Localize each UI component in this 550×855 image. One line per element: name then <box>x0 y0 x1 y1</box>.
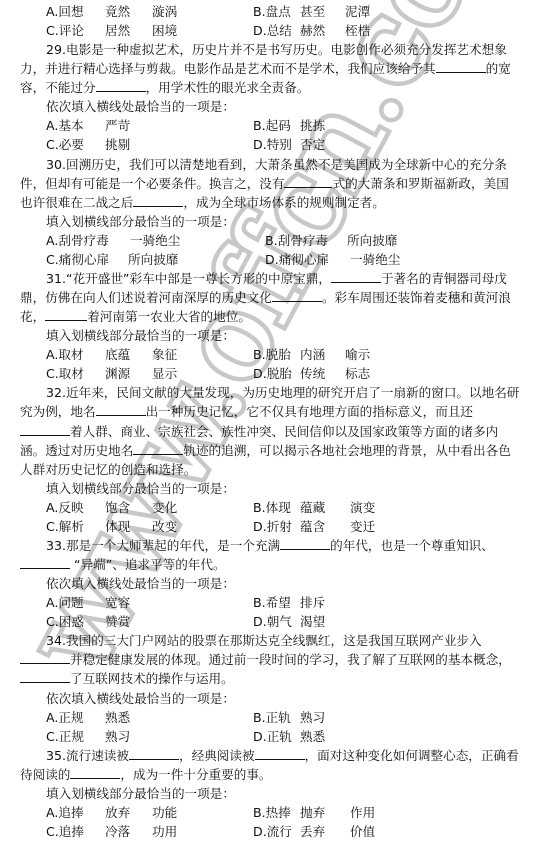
paragraph-line: 力，并进行精心选择与剪裁。电影作品是艺术而不是学术，我们应该给予其的宽 <box>20 59 511 78</box>
paragraph-line: 了互联网技术的操作与运用。 <box>20 669 234 688</box>
option-row: C.追捧冷落功用D.流行丢弃价值 <box>0 822 550 841</box>
paragraph-line: 究为例，地名出一种历史记忆，它不仅具有地理方面的指标意义，而且还 <box>20 402 473 421</box>
paragraph-line-indented: 填入划横线部分最恰当的一项是： <box>46 784 235 803</box>
text-segment: 填入划横线部分最恰当的一项是： <box>46 328 235 343</box>
option-text: C.困惑 <box>46 612 84 631</box>
text-segment: ，成为全球市场体系的规则制定者。 <box>183 195 385 210</box>
option-text: 变迁 <box>350 517 375 536</box>
option-text: 否定 <box>300 135 325 154</box>
paragraph-line: “异端”、追求平等的年代。 <box>20 555 226 574</box>
text-segment: ，用学术性的眼光求全责备。 <box>146 80 310 95</box>
paragraph-line: 容，不能过分，用学术性的眼光求全责备。 <box>20 78 309 97</box>
option-text: 抛弃 <box>300 803 325 822</box>
fill-in-blank <box>284 174 332 188</box>
text-segment: 了互联网技术的操作与运用。 <box>70 671 234 686</box>
text-segment: 花， <box>20 309 45 324</box>
paragraph-line: 涵。透过对历史地名轨迹的追溯，可以揭示各地社会地理的背景，从中看出各色 <box>20 441 511 460</box>
text-segment: 的宽 <box>486 61 511 76</box>
option-text: D.正轨 <box>253 727 292 746</box>
paragraph-line-indented: 依次填入横线处最恰当的一项是： <box>46 689 235 708</box>
option-row: A.刮骨疗毒一骑绝尘B.刮骨疗毒所向披靡 <box>0 231 550 250</box>
text-segment: 轨迹的追溯，可以揭示各地社会地理的背景，从中看出各色 <box>183 443 510 458</box>
text-segment: 35.流行速读被 <box>46 748 129 763</box>
option-text: 改变 <box>152 517 177 536</box>
fill-in-blank <box>70 765 120 779</box>
option-text: 价值 <box>350 822 375 841</box>
option-text: 熟悉 <box>105 708 130 727</box>
text-segment: ，面对这种变化如何调整心态，正确看 <box>305 748 519 763</box>
text-segment: 的年代，也是一个尊重知识、 <box>330 538 494 553</box>
option-text: 泥潭 <box>345 2 370 21</box>
option-text: D.脱胎 <box>253 364 292 383</box>
option-text: B.脱胎 <box>253 345 291 364</box>
text-segment: 填入划横线部分最恰当的一项是： <box>46 786 235 801</box>
option-text: C.必要 <box>46 135 84 154</box>
option-text: 蕴藏 <box>300 498 325 517</box>
option-text: 体现 <box>105 517 130 536</box>
paragraph-line: 鼎，仿佛在向人们述说着河南深厚的历史文化。彩车周围还装饰着麦穗和黄河浪 <box>20 288 511 307</box>
text-segment: “异端”、追求平等的年代。 <box>70 557 226 572</box>
text-segment: 依次填入横线处最恰当的一项是： <box>46 99 235 114</box>
option-text: 一骑绝尘 <box>350 250 400 269</box>
option-text: D.折射 <box>253 517 292 536</box>
option-text: C.评论 <box>46 21 84 40</box>
option-row: C.解析体现改变D.折射蕴含变迁 <box>0 517 550 536</box>
fill-in-blank <box>20 422 70 436</box>
fill-in-blank <box>133 193 183 207</box>
option-text: 严苛 <box>105 116 130 135</box>
text-segment: 33.那是一个大师辈起的年代，是一个充满 <box>46 538 280 553</box>
option-text: 所向披靡 <box>347 231 397 250</box>
text-segment: 。彩车周围还装饰着麦穗和黄河浪 <box>322 290 511 305</box>
text-segment: 着河南第一农业大省的地位。 <box>87 309 251 324</box>
text-segment: 并稳定健康发展的体现。通过前一段时间的学习，我了解了互联网的基本概念， <box>70 652 511 667</box>
option-text: 渴望 <box>300 612 325 631</box>
option-text: A.基本 <box>46 116 84 135</box>
option-text: D.痛彻心扉 <box>265 250 329 269</box>
fill-in-blank <box>129 746 179 760</box>
option-text: D.流行 <box>253 822 292 841</box>
text-segment: 31.“花开盛世”彩车中部是一尊长方形的中原宝鼎， <box>46 271 331 286</box>
option-text: 熟习 <box>105 727 130 746</box>
paragraph-line: 人群对历史记忆的创造和选择。 <box>20 460 196 479</box>
text-segment: 填入划横线部分最恰当的一项是： <box>46 481 235 496</box>
option-text: 显示 <box>152 364 177 383</box>
option-text: 底蕴 <box>105 345 130 364</box>
option-row: C.评论居然困境D.总结赫然桎梏 <box>0 21 550 40</box>
text-segment: 容，不能过分 <box>20 80 96 95</box>
paragraph-line-indented: 填入划横线部分最恰当的一项是： <box>46 479 235 498</box>
option-text: 排斥 <box>300 593 325 612</box>
option-text: D.总结 <box>253 21 292 40</box>
option-row: A.基本严苛B.起码挑拣 <box>0 116 550 135</box>
option-text: 甚至 <box>300 2 325 21</box>
text-segment: 待阅读的 <box>20 767 70 782</box>
option-row: C.痛彻心扉所向披靡D.痛彻心扉一骑绝尘 <box>0 250 550 269</box>
fill-in-blank <box>255 746 305 760</box>
paragraph-line-indented: 35.流行速读被，经典阅读被，面对这种变化如何调整心态，正确看 <box>46 746 519 765</box>
paragraph-line-indented: 33.那是一个大师辈起的年代，是一个充满的年代，也是一个尊重知识、 <box>46 536 494 555</box>
option-text: 挑拣 <box>300 116 325 135</box>
option-text: B.正轨 <box>253 708 291 727</box>
text-segment: ，经典阅读被 <box>179 748 255 763</box>
text-segment: 式的大萧条和罗斯福新政，美国 <box>332 176 508 191</box>
option-row: C.困惑赞赏D.朝气渴望 <box>0 612 550 631</box>
fill-in-blank <box>272 288 322 302</box>
paragraph-line-indented: 29.电影是一种虚拟艺术，历史片并不是书写历史。电影创作必须充分发挥艺术想象 <box>46 40 507 59</box>
paragraph-line: 件，但却有可能是一个必要条件。换言之，没有式的大萧条和罗斯福新政，美国 <box>20 174 509 193</box>
option-text: 传统 <box>300 364 325 383</box>
option-text: 赫然 <box>300 21 325 40</box>
option-text: A.反映 <box>46 498 84 517</box>
text-segment: 依次填入横线处最恰当的一项是： <box>46 691 235 706</box>
option-text: B.盘点 <box>253 2 291 21</box>
option-text: B.起码 <box>253 116 291 135</box>
text-segment: 30.回溯历史，我们可以清楚地看到，大萧条虽然不是美国成为全球新中心的充分条 <box>46 157 507 172</box>
text-segment: 34.我国的三大门户网站的股票在那斯达克全线飘红，这是我国互联网产业步入 <box>46 633 482 648</box>
paragraph-line-indented: 34.我国的三大门户网站的股票在那斯达克全线飘红，这是我国互联网产业步入 <box>46 631 482 650</box>
option-text: B.体现 <box>253 498 291 517</box>
paragraph-line: 并稳定健康发展的体现。通过前一段时间的学习，我了解了互联网的基本概念， <box>20 650 511 669</box>
option-row: A.反映饱含变化B.体现蕴藏演变 <box>0 498 550 517</box>
paragraph-line-indented: 32.近年来，民间文献的大量发现，为历史地理的研究开启了一扇新的窗口。以地名研 <box>46 383 519 402</box>
paragraph-line: 花，着河南第一农业大省的地位。 <box>20 307 251 326</box>
option-text: 熟悉 <box>300 727 325 746</box>
option-text: 渊源 <box>105 364 130 383</box>
text-segment: 力，并进行精心选择与剪裁。电影作品是艺术而不是学术，我们应该给予其 <box>20 61 436 76</box>
fill-in-blank <box>20 650 70 664</box>
fill-in-blank <box>331 269 381 283</box>
paragraph-line-indented: 31.“花开盛世”彩车中部是一尊长方形的中原宝鼎，于著名的青铜器司母戊 <box>46 269 507 288</box>
option-text: 喻示 <box>345 345 370 364</box>
text-segment: 鼎，仿佛在向人们述说着河南深厚的历史文化 <box>20 290 272 305</box>
option-text: 挑剔 <box>105 135 130 154</box>
option-text: 内涵 <box>300 345 325 364</box>
option-text: 变化 <box>152 498 177 517</box>
option-text: 功能 <box>152 803 177 822</box>
option-text: B.热捧 <box>253 803 291 822</box>
option-text: 饱含 <box>105 498 130 517</box>
text-segment: 人群对历史记忆的创造和选择。 <box>20 462 196 477</box>
option-text: A.问题 <box>46 593 84 612</box>
paragraph-line: 也许很难在二战之后，成为全球市场体系的规则制定者。 <box>20 193 385 212</box>
text-segment: 于著名的青铜器司母戊 <box>381 271 507 286</box>
option-row: A.追捧放弃功能B.热捧抛弃作用 <box>0 803 550 822</box>
option-text: B.刮骨疗毒 <box>265 231 328 250</box>
option-text: A.正规 <box>46 708 84 727</box>
option-row: C.正规熟习D.正轨熟悉 <box>0 727 550 746</box>
text-segment: 件，但却有可能是一个必要条件。换言之，没有 <box>20 176 284 191</box>
option-text: A.追捧 <box>46 803 84 822</box>
option-text: 一骑绝尘 <box>130 231 180 250</box>
option-text: C.正规 <box>46 727 84 746</box>
text-segment: 32.近年来，民间文献的大量发现，为历史地理的研究开启了一扇新的窗口。以地名研 <box>46 385 519 400</box>
option-text: C.追捧 <box>46 822 84 841</box>
paragraph-line-indented: 填入划横线部分最恰当的一项是： <box>46 326 235 345</box>
option-text: 冷落 <box>105 822 130 841</box>
option-row: C.必要挑剔D.特别否定 <box>0 135 550 154</box>
option-text: 演变 <box>350 498 375 517</box>
option-text: 放弃 <box>105 803 130 822</box>
option-text: A.回想 <box>46 2 84 21</box>
option-text: 功用 <box>152 822 177 841</box>
paragraph-line: 待阅读的，成为一件十分重要的事。 <box>20 765 272 784</box>
text-segment: 涵。透过对历史地名 <box>20 443 133 458</box>
option-text: D.特别 <box>253 135 292 154</box>
paragraph-line-indented: 依次填入横线处最恰当的一项是： <box>46 97 235 116</box>
option-text: 蕴含 <box>300 517 325 536</box>
text-segment: 究为例，地名 <box>20 404 96 419</box>
text-segment: 着人群、商业、宗族社会、族性冲突、民间信仰以及国家政策等方面的诸多内 <box>70 424 498 439</box>
option-text: 熟习 <box>300 708 325 727</box>
option-text: 桎梏 <box>345 21 370 40</box>
option-text: B.希望 <box>253 593 291 612</box>
option-row: A.回想竟然漩涡B.盘点甚至泥潭 <box>0 2 550 21</box>
option-text: 居然 <box>105 21 130 40</box>
text-segment: 29.电影是一种虚拟艺术，历史片并不是书写历史。电影创作必须充分发挥艺术想象 <box>46 42 507 57</box>
option-text: 赞赏 <box>105 612 130 631</box>
option-row: A.正规熟悉B.正轨熟习 <box>0 708 550 727</box>
text-segment: 出一种历史记忆，它不仅具有地理方面的指标意义，而且还 <box>146 404 473 419</box>
text-segment: 依次填入横线处最恰当的一项是： <box>46 576 235 591</box>
option-text: 竟然 <box>105 2 130 21</box>
option-text: C.解析 <box>46 517 84 536</box>
option-row: A.取材底蕴象征B.脱胎内涵喻示 <box>0 345 550 364</box>
option-row: C.取材渊源显示D.脱胎传统标志 <box>0 364 550 383</box>
option-row: A.问题宽容B.希望排斥 <box>0 593 550 612</box>
paragraph-line: 着人群、商业、宗族社会、族性冲突、民间信仰以及国家政策等方面的诸多内 <box>20 422 498 441</box>
fill-in-blank <box>96 78 146 92</box>
text-segment: 也许很难在二战之后 <box>20 195 133 210</box>
option-text: C.取材 <box>46 364 84 383</box>
paragraph-line-indented: 依次填入横线处最恰当的一项是： <box>46 574 235 593</box>
fill-in-blank <box>436 59 486 73</box>
fill-in-blank <box>280 536 330 550</box>
paragraph-line-indented: 填入划横线部分最恰当的一项是： <box>46 212 235 231</box>
option-text: 象征 <box>152 345 177 364</box>
option-text: 宽容 <box>105 593 130 612</box>
fill-in-blank <box>20 555 70 569</box>
paragraph-line-indented: 30.回溯历史，我们可以清楚地看到，大萧条虽然不是美国成为全球新中心的充分条 <box>46 155 507 174</box>
option-text: A.刮骨疗毒 <box>46 231 109 250</box>
text-segment: ，成为一件十分重要的事。 <box>120 767 271 782</box>
fill-in-blank <box>20 669 70 683</box>
option-text: 所向披靡 <box>128 250 178 269</box>
option-text: C.痛彻心扉 <box>46 250 109 269</box>
text-segment: 填入划横线部分最恰当的一项是： <box>46 214 235 229</box>
option-text: 丢弃 <box>300 822 325 841</box>
option-text: 漩涡 <box>152 2 177 21</box>
option-text: 困境 <box>152 21 177 40</box>
option-text: 作用 <box>350 803 375 822</box>
option-text: 标志 <box>345 364 370 383</box>
fill-in-blank <box>45 307 87 321</box>
option-text: D.朝气 <box>253 612 292 631</box>
fill-in-blank <box>133 441 183 455</box>
option-text: A.取材 <box>46 345 84 364</box>
fill-in-blank <box>96 402 146 416</box>
